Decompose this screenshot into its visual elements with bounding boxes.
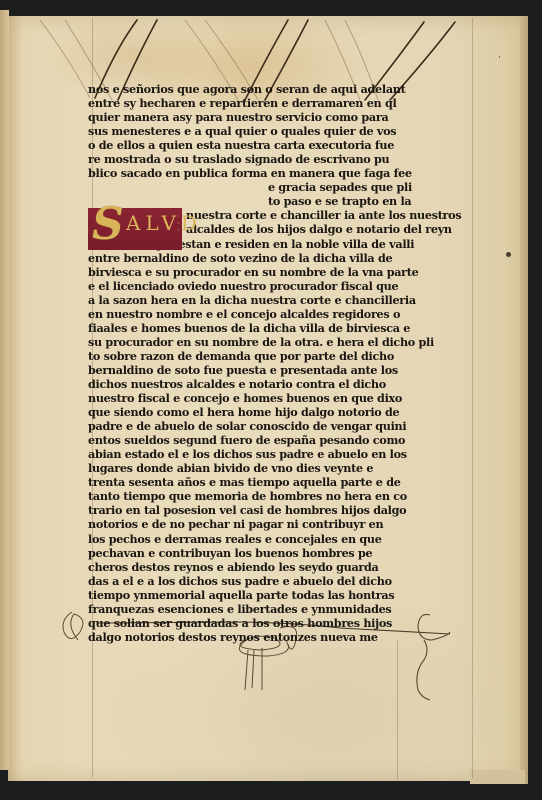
ink-spot (506, 252, 511, 257)
text-line: bernaldino de soto fue puesta e presenta… (88, 363, 470, 377)
text-line: o de ellos a quien esta nuestra carta ex… (88, 138, 470, 152)
text-line: notorios e de no pechar ni pagar ni cont… (88, 517, 470, 531)
text-line: tanto tiempo que memoria de hombres no h… (88, 489, 470, 503)
text-line: entre sy hecharen e repartieren e derram… (88, 96, 470, 110)
text-line: franquezas esenciones e libertades e ynm… (88, 602, 470, 616)
text-line: dalgo notorios destos reynos entonzes nu… (88, 630, 470, 644)
text-line: que siendo como el hera home hijo dalgo … (88, 405, 470, 419)
text-line: lugares donde abian bivido de vno dies v… (88, 461, 470, 475)
text-line: a la sazon hera en la dicha nuestra cort… (88, 293, 470, 307)
text-line: re mostrada o su traslado signado de esc… (88, 152, 470, 166)
initial-caps-text: ALVD (126, 212, 202, 234)
text-line: entos sueldos segund fuero de españa pes… (88, 433, 470, 447)
text-line: trario en tal posesion vel casi de hombr… (88, 503, 470, 517)
text-line: pechavan e contribuyan los buenos hombre… (88, 546, 470, 560)
text-line: trenta sesenta años e mas tiempo aquella… (88, 475, 470, 489)
text-line: sus menesteres e a qual quier o quales q… (88, 124, 470, 138)
text-line: das a el e a los dichos sus padre e abue… (88, 574, 470, 588)
text-line: to sobre razon de demanda que por parte … (88, 349, 470, 363)
text-line: los pechos e derramas reales e concejale… (88, 532, 470, 546)
text-line: abian estado el e los dichos sus padre e… (88, 447, 470, 461)
text-line: en nuestro nombre e el concejo alcaldes … (88, 307, 470, 321)
text-line: birviesca e su procurador en su nombre d… (88, 265, 470, 279)
text-line: padre e de abuelo de solar conoscido de … (88, 419, 470, 433)
text-line: nuestro fiscal e concejo e homes buenos … (88, 391, 470, 405)
text-line: cheros destos reynos e abiendo les seydo… (88, 560, 470, 574)
text-line: dichos nuestros alcaldes e notario contr… (88, 377, 470, 391)
text-line: quier manera asy para nuestro servicio c… (88, 110, 470, 124)
text-line: su procurador en su nombre de la otra. e… (88, 335, 470, 349)
text-line: e el licenciado oviedo nuestro procurado… (88, 279, 470, 293)
initial-punctuation-dots: ··· (177, 213, 180, 234)
text-line: blico sacado en publica forma en manera … (88, 166, 470, 180)
manuscript-text: nos e señorios que agora son o seran de … (88, 82, 470, 644)
text-line: que solian ser guardadas a los otros hom… (88, 616, 470, 630)
text-line: entre bernaldino de soto vezino de la di… (88, 251, 470, 265)
text-line: to paso e se trapto en la (88, 194, 470, 208)
margin-mark: ‚ (498, 50, 501, 60)
text-line: e gracia sepades que pli (88, 180, 470, 194)
illuminated-initial-letter: S (92, 203, 124, 247)
text-line: fiaales e homes buenos de la dicha villa… (88, 321, 470, 335)
text-line: nos e señorios que agora son o seran de … (88, 82, 470, 96)
text-line: tiempo ynmemorial aquella parte todas la… (88, 588, 470, 602)
